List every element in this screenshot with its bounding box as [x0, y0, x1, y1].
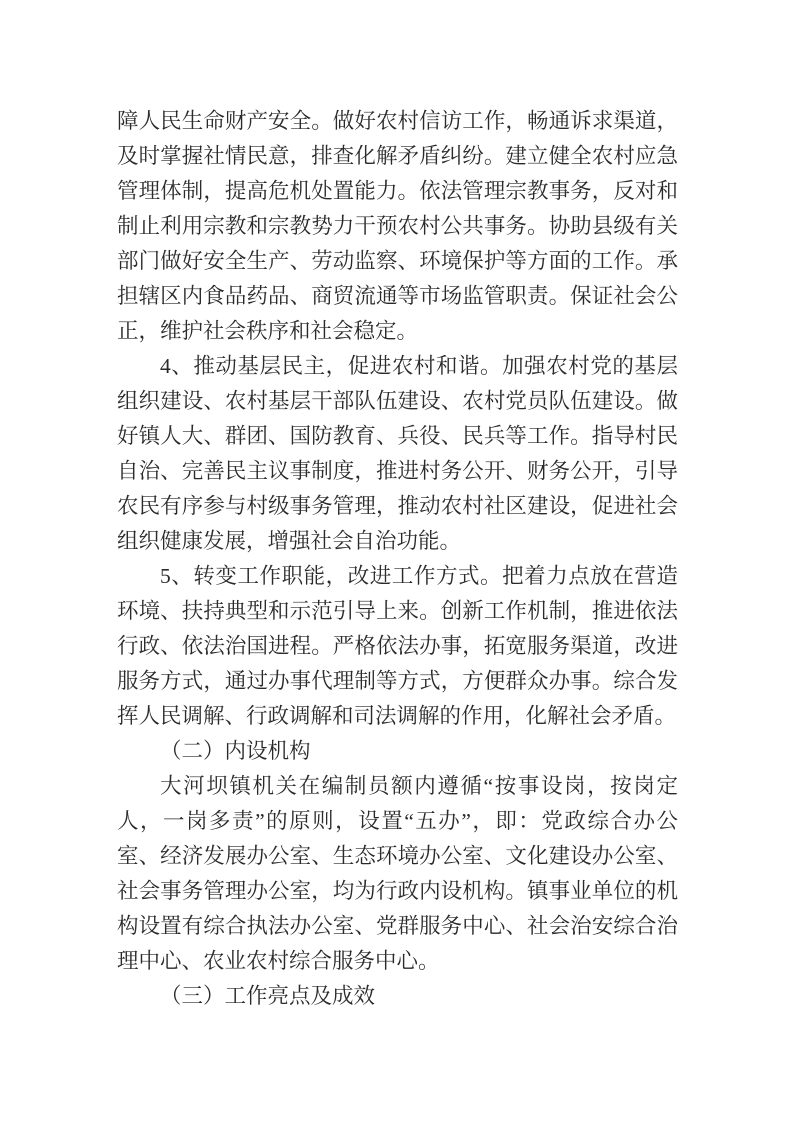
paragraph-item-4-grassroots-democracy: 4、推动基层民主，促进农村和谐。加强农村党的基层组织建设、农村基层干部队伍建设、…: [117, 349, 678, 559]
paragraph-internal-organs-detail: 大河坝镇机关在编制员额内遵循“按事设岗，按岗定人，一岗多责”的原则，设置“五办”…: [117, 769, 678, 979]
section-heading-work-highlights: （三）工作亮点及成效: [117, 979, 678, 1014]
section-heading-internal-organs: （二）内设机构: [117, 734, 678, 769]
paragraph-duties-continuation: 障人民生命财产安全。做好农村信访工作，畅通诉求渠道，及时掌握社情民意，排查化解矛…: [117, 104, 678, 349]
paragraph-item-5-work-functions: 5、转变工作职能，改进工作方式。把着力点放在营造环境、扶持典型和示范引导上来。创…: [117, 559, 678, 734]
document-page: 障人民生命财产安全。做好农村信访工作，畅通诉求渠道，及时掌握社情民意，排查化解矛…: [0, 0, 792, 1121]
